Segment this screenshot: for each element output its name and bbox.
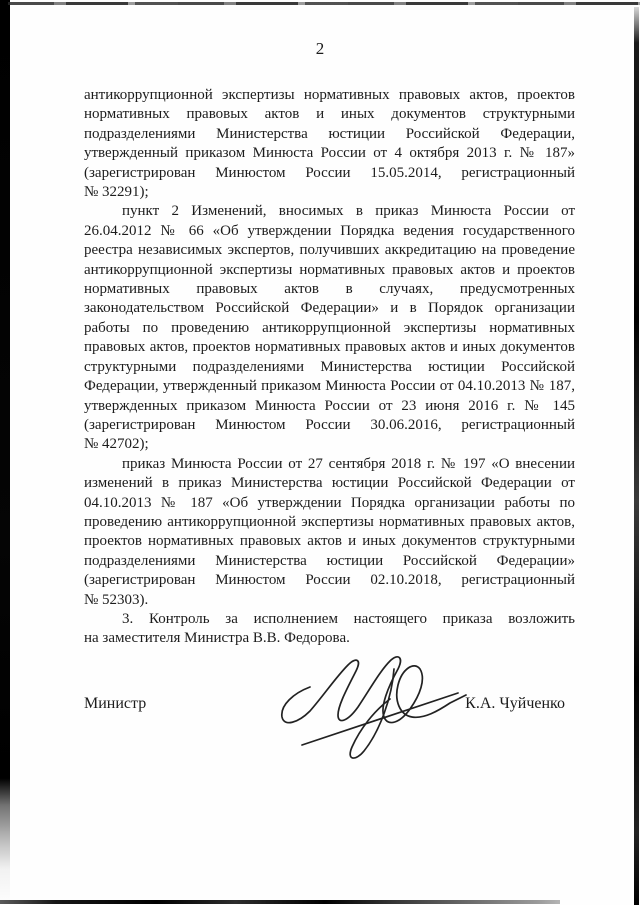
page-number: 2 — [0, 40, 640, 57]
paragraph-prikaz-197: приказ Минюста России от 27 сентября 201… — [84, 455, 575, 610]
signer-name: К.А. Чуйченко — [465, 694, 565, 713]
scan-edge-left — [0, 0, 10, 905]
paragraph-continuation: антикоррупционной экспертизы нормативных… — [84, 86, 575, 202]
scanned-document-page: 2 антикоррупционной экспертизы нормативн… — [0, 0, 640, 905]
paragraph-punkt-2: пункт 2 Изменений, вносимых в приказ Мин… — [84, 202, 575, 454]
signer-title: Министр — [84, 694, 146, 713]
scan-edge-right — [634, 7, 639, 905]
scan-edge-top — [8, 2, 640, 5]
handwritten-signature-icon — [272, 641, 472, 767]
document-body: антикоррупционной экспертизы нормативных… — [84, 86, 575, 649]
scan-edge-bottom — [0, 900, 560, 904]
